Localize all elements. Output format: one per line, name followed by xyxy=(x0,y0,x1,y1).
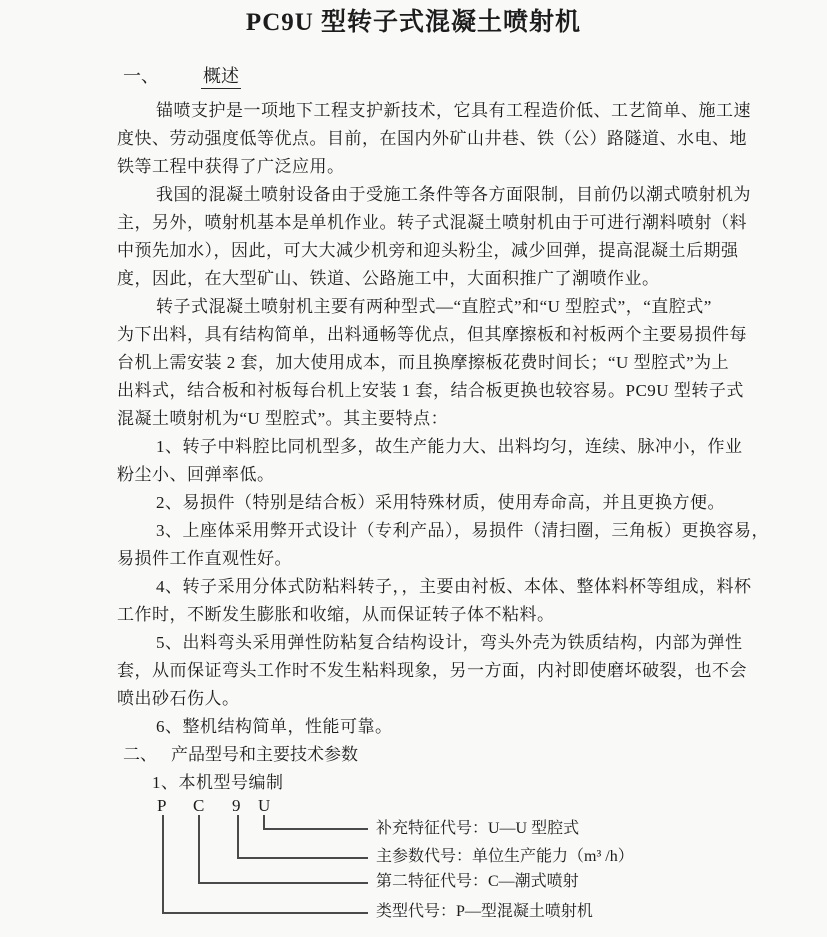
paragraph-line: 度快、劳动强度低等优点。目前，在国内外矿山井巷、铁（公）路隧道、水电、地 xyxy=(117,125,827,153)
paragraph-line: 台机上需安装 2 套，加大使用成本，而且换摩擦板花费时间长；“U 型腔式”为上 xyxy=(117,349,827,377)
model-coding-section: 1、本机型号编制 xyxy=(117,769,827,797)
code-letter-C: C xyxy=(193,797,204,815)
feature-item-line: 粉尘小、回弹率低。 xyxy=(117,461,827,489)
feature-item-line: 6、整机结构简单，性能可靠。 xyxy=(117,713,827,741)
legend-main-parameter-code: 主参数代号：单位生产能力（m³ /h） xyxy=(376,847,634,867)
leader-line-horizontal-U xyxy=(263,828,368,830)
leader-line-vertical-9 xyxy=(237,815,239,859)
page-title: PC9U 型转子式混凝土喷射机 xyxy=(0,0,827,39)
section1-title: 概述 xyxy=(201,66,241,89)
paragraph-line: 为下出料，具有结构简单，出料通畅等优点，但其摩擦板和衬板两个主要易损件每 xyxy=(117,321,827,349)
feature-item-line: 套，从而保证弯头工作时不发生粘料现象，另一方面，内衬即使磨坏破裂，也不会 xyxy=(117,657,827,685)
feature-item-line: 工作时，不断发生膨胀和收缩，从而保证转子体不粘料。 xyxy=(117,601,827,629)
legend-type-code: 类型代号：P—型混凝土喷射机 xyxy=(376,902,593,922)
model-code-diagram: P C 9 U 补充特征代号：U—U 型腔式 主参数代号：单位生产能力（m³ /… xyxy=(117,797,827,937)
model-coding-subtitle: 1、本机型号编制 xyxy=(117,769,827,797)
feature-item-line: 喷出砂石伤人。 xyxy=(117,685,827,713)
paragraph-line: 我国的混凝土喷射设备由于受施工条件等各方面限制，目前仍以潮式喷射机为 xyxy=(117,181,827,209)
feature-item-line: 4、转子采用分体式防粘料转子，，主要由衬板、本体、整体料杯等组成，料杯 xyxy=(117,573,827,601)
leader-line-vertical-P xyxy=(162,815,164,914)
code-letter-P: P xyxy=(157,797,166,815)
section2-number: 二、 xyxy=(123,745,157,764)
feature-item-line: 3、上座体采用弊开式设计（专利产品），易损件（清扫圈，三角板）更换容易， xyxy=(117,517,827,545)
leader-line-horizontal-C xyxy=(198,882,368,884)
paragraph-line: 出料式，结合板和衬板每台机上安装 1 套，结合板更换也较容易。PC9U 型转子式 xyxy=(117,377,827,405)
section2-heading: 二、产品型号和主要技术参数 xyxy=(123,741,827,769)
legend-supplementary-code: 补充特征代号：U—U 型腔式 xyxy=(376,819,579,839)
paragraph-line: 锚喷支护是一项地下工程支护新技术，它具有工程造价低、工艺简单、施工速 xyxy=(117,97,827,125)
document-body: 锚喷支护是一项地下工程支护新技术，它具有工程造价低、工艺简单、施工速 度快、劳动… xyxy=(117,97,827,741)
paragraph-line: 主，另外，喷射机基本是单机作业。转子式混凝土喷射机由于可进行潮料喷射（料 xyxy=(117,209,827,237)
section2-title: 产品型号和主要技术参数 xyxy=(171,745,358,764)
paragraph-line: 中预先加水），因此，可大大减少机旁和迎头粉尘，减少回弹，提高混凝土后期强 xyxy=(117,237,827,265)
paragraph-line: 铁等工程中获得了广泛应用。 xyxy=(117,153,827,181)
section1-heading: 一、概述 xyxy=(123,64,827,88)
section1-number: 一、 xyxy=(123,66,159,86)
paragraph-line: 混凝土喷射机为“U 型腔式”。其主要特点： xyxy=(117,405,827,433)
code-letter-9: 9 xyxy=(232,797,241,815)
feature-item-line: 易损件工作直观性好。 xyxy=(117,545,827,573)
feature-item-line: 2、易损件（特别是结合板）采用特殊材质，使用寿命高，并且更换方便。 xyxy=(117,489,827,517)
paragraph-line: 转子式混凝土喷射机主要有两种型式—“直腔式”和“U 型腔式”，“直腔式” xyxy=(117,293,827,321)
code-letter-U: U xyxy=(258,797,270,815)
leader-line-vertical-C xyxy=(198,815,200,884)
feature-item-line: 1、转子中料腔比同机型多，故生产能力大、出料均匀，连续、脉冲小，作业 xyxy=(117,433,827,461)
paragraph-line: 度，因此，在大型矿山、铁道、公路施工中，大面积推广了潮喷作业。 xyxy=(117,265,827,293)
legend-second-feature-code: 第二特征代号：C—潮式喷射 xyxy=(376,872,579,892)
feature-item-line: 5、出料弯头采用弹性防粘复合结构设计，弯头外壳为铁质结构，内部为弹性 xyxy=(117,629,827,657)
leader-line-horizontal-P xyxy=(162,912,368,914)
leader-line-horizontal-9 xyxy=(237,857,368,859)
document-page: PC9U 型转子式混凝土喷射机 一、概述 锚喷支护是一项地下工程支护新技术，它具… xyxy=(0,0,827,937)
